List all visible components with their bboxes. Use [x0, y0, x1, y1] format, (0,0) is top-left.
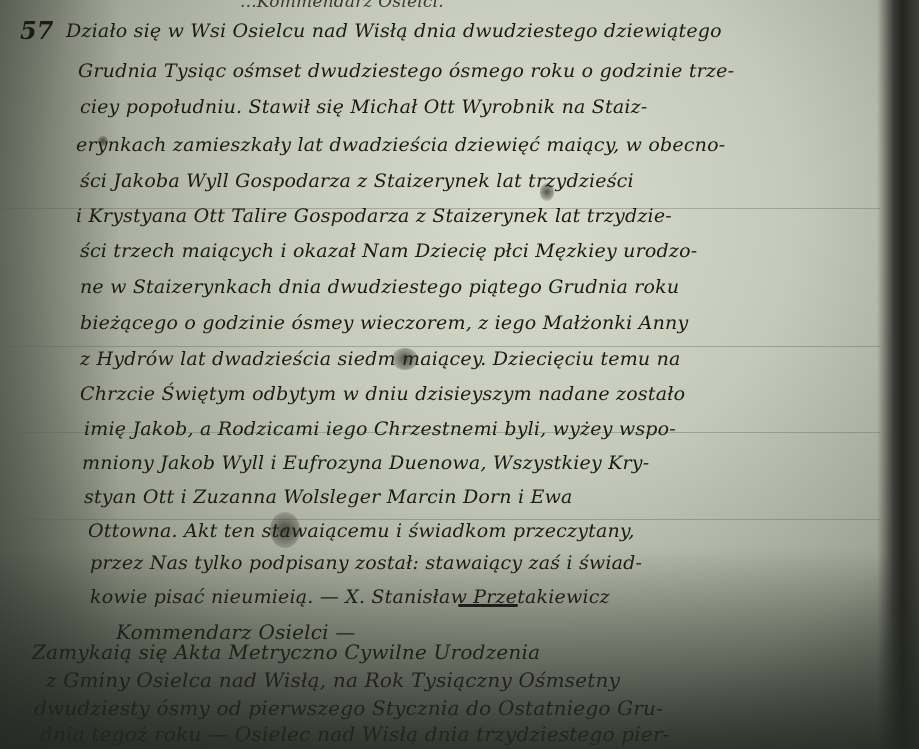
record-line: mniony Jakob Wyll i Eufrozyna Duenowa, W… [82, 452, 649, 474]
record-line: Działo się w Wsi Osielcu nad Wisłą dnia … [66, 20, 722, 42]
record-line: i Krystyana Ott Talire Gospodarza z Stai… [76, 205, 672, 227]
record-line: bieżącego o godzinie ósmey wieczorem, z … [80, 312, 688, 334]
record-line: styan Ott i Zuzanna Wolsleger Marcin Dor… [84, 486, 573, 508]
record-line: erynkach zamieszkały lat dwadzieścia dzi… [76, 134, 725, 156]
record-line: ści trzech maiących i okazał Nam Dziecię… [80, 240, 697, 262]
record-line: ciey popołudniu. Stawił się Michał Ott W… [80, 96, 647, 118]
record-line: Chrzcie Świętym odbytym w dniu dzisieysz… [80, 383, 685, 405]
record-line: ne w Staizerynkach dnia dwudziestego pią… [80, 276, 679, 298]
record-line: ści Jakoba Wyll Gospodarza z Staizerynek… [80, 170, 634, 192]
record-line: z Hydrów lat dwadzieścia siedm maiącey. … [80, 348, 681, 370]
page-shadow-bottom [0, 549, 919, 749]
scanned-record-page: ...Kommendarz Osielci. 57 Działo się w W… [0, 0, 919, 749]
record-line: Ottowna. Akt ten stawaiącemu i świadkom … [88, 520, 635, 542]
header-fragment: ...Kommendarz Osielci. [240, 0, 444, 12]
record-line: Grudnia Tysiąc ośmset dwudziestego ósmeg… [78, 60, 734, 82]
record-line: imię Jakob, a Rodzicami iego Chrzestnemi… [84, 418, 676, 440]
ruled-line [0, 346, 880, 347]
entry-number: 57 [20, 16, 53, 45]
